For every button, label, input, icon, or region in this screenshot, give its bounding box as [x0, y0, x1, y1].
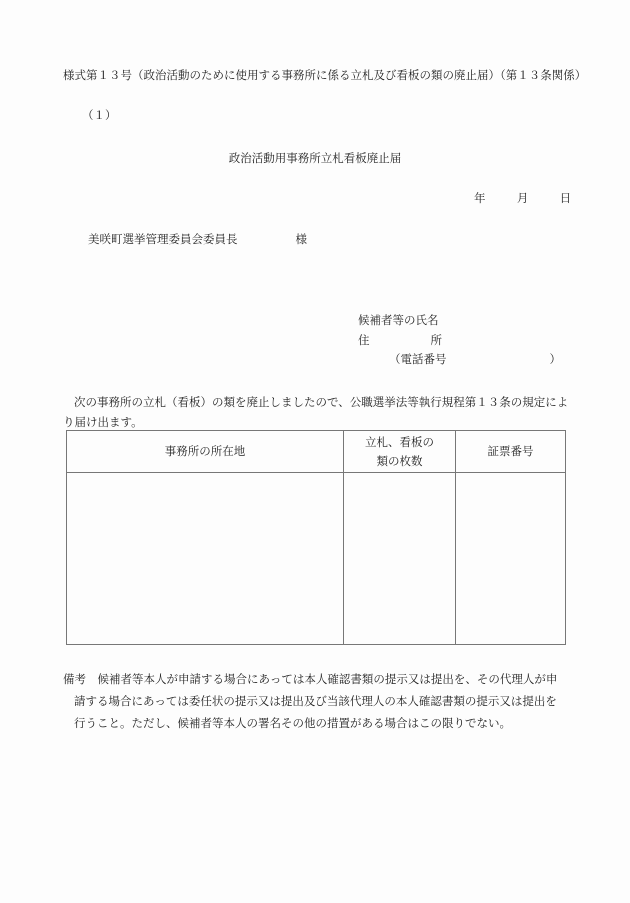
form-number: 様式第１３号（政治活動のために使用する事務所に係る立札及び看板の類の廃止届）（第…: [63, 67, 586, 83]
addressee: 美咲町選挙管理委員会委員長様: [88, 231, 307, 247]
tel-open: （電話番号: [389, 351, 447, 367]
date-year: 年: [474, 190, 486, 206]
date-line: 年 月 日: [474, 190, 571, 206]
table-header-row: 事務所の所在地 立札、看板の 類の枚数 証票番号: [67, 431, 566, 473]
cell-cert-number[interactable]: [456, 473, 566, 645]
table-row: [67, 473, 566, 645]
addressee-honorific: 様: [296, 232, 308, 246]
document-title: 政治活動用事務所立札看板廃止届: [0, 150, 630, 166]
cell-location[interactable]: [67, 473, 344, 645]
candidate-name-label: 候補者等の氏名: [358, 312, 439, 328]
candidate-tel-label: （電話番号 ）: [389, 351, 561, 367]
header-count-line2: 類の枚数: [377, 454, 423, 468]
candidate-address-label: 住 所: [358, 332, 442, 348]
body-text: 次の事務所の立札（看板）の類を廃止しましたので、公職選挙法等執行規程第１３条の規…: [63, 392, 573, 432]
addressee-name: 美咲町選挙管理委員会委員長: [88, 232, 238, 246]
office-table: 事務所の所在地 立札、看板の 類の枚数 証票番号: [66, 430, 566, 645]
address-label-part2: 所: [431, 332, 443, 348]
note-line-1: 備考 候補者等本人が申請する場合にあっては本人確認書類の提示又は提出を、その代理…: [63, 668, 578, 690]
header-count: 立札、看板の 類の枚数: [344, 431, 456, 473]
note-text-1: 候補者等本人が申請する場合にあっては本人確認書類の提示又は提出を、その代理人が申: [98, 672, 558, 686]
note-label: 備考: [63, 672, 86, 686]
note: 備考 候補者等本人が申請する場合にあっては本人確認書類の提示又は提出を、その代理…: [63, 668, 578, 734]
address-label-part1: 住: [358, 332, 370, 348]
tel-close: ）: [550, 351, 562, 367]
cell-count[interactable]: [344, 473, 456, 645]
header-cert-number: 証票番号: [456, 431, 566, 473]
header-location: 事務所の所在地: [67, 431, 344, 473]
date-day: 日: [560, 190, 572, 206]
note-line-3: 行うこと。ただし、候補者等本人の署名その他の措置がある場合はこの限りでない。: [63, 712, 578, 734]
header-count-line1: 立札、看板の: [365, 435, 434, 449]
note-line-2: 請する場合にあっては委任状の提示又は提出及び当該代理人の本人確認書類の提示又は提…: [63, 690, 578, 712]
date-month: 月: [517, 190, 529, 206]
sub-number: （１）: [82, 107, 117, 123]
